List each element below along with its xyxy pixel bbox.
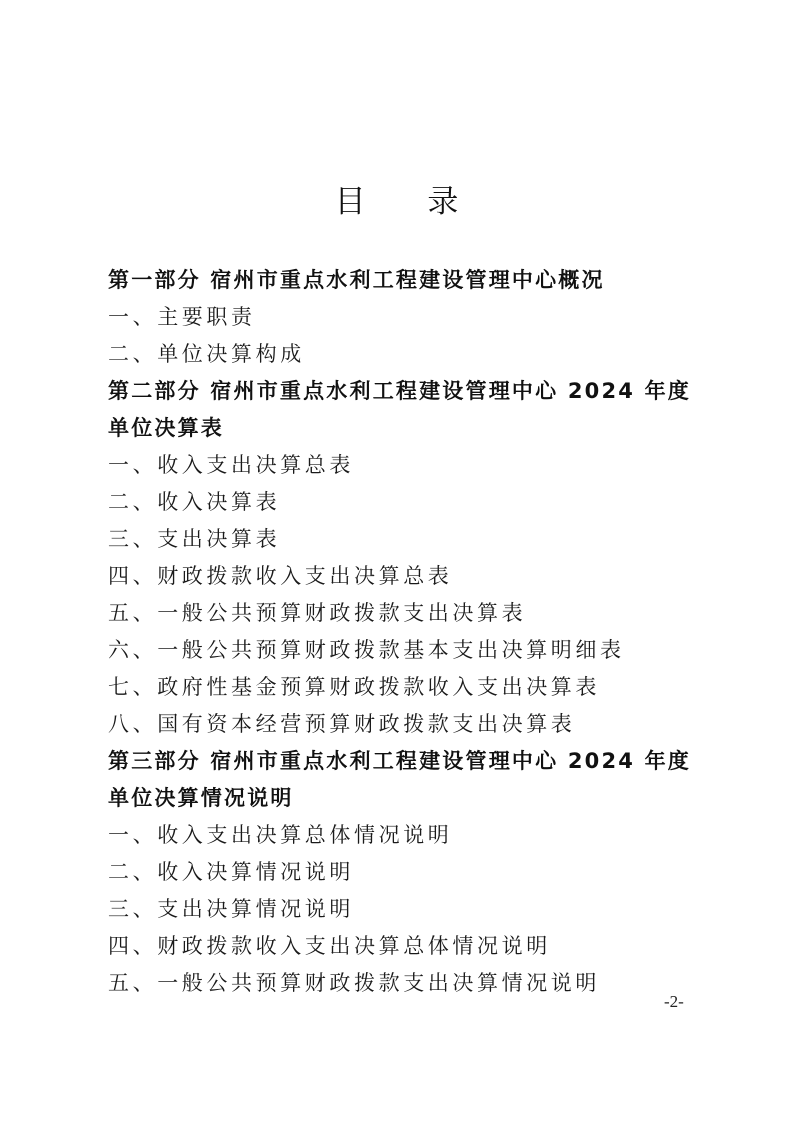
toc-part2-heading-line1[interactable]: 第二部分 宿州市重点水利工程建设管理中心 2024 年度 xyxy=(108,373,708,410)
toc-part1-item-2[interactable]: 二、单位决算构成 xyxy=(108,336,708,373)
toc-part2-item-4[interactable]: 四、财政拨款收入支出决算总表 xyxy=(108,558,708,595)
toc-part2-item-2[interactable]: 二、收入决算表 xyxy=(108,484,708,521)
toc-part3-item-1[interactable]: 一、收入支出决算总体情况说明 xyxy=(108,817,708,854)
toc-part1-item-1[interactable]: 一、主要职责 xyxy=(108,299,708,336)
toc-part2-item-8[interactable]: 八、国有资本经营预算财政拨款支出决算表 xyxy=(108,706,708,743)
page-number: -2- xyxy=(664,992,684,1012)
table-of-contents: 第一部分 宿州市重点水利工程建设管理中心概况 一、主要职责 二、单位决算构成 第… xyxy=(108,262,708,1002)
toc-part3-item-5[interactable]: 五、一般公共预算财政拨款支出决算情况说明 xyxy=(108,965,708,1002)
page-title: 目 录 xyxy=(0,180,793,224)
toc-part2-item-6[interactable]: 六、一般公共预算财政拨款基本支出决算明细表 xyxy=(108,632,708,669)
toc-part3-item-3[interactable]: 三、支出决算情况说明 xyxy=(108,891,708,928)
toc-part2-item-5[interactable]: 五、一般公共预算财政拨款支出决算表 xyxy=(108,595,708,632)
toc-part3-heading-line2[interactable]: 单位决算情况说明 xyxy=(108,780,708,817)
toc-part1-heading[interactable]: 第一部分 宿州市重点水利工程建设管理中心概况 xyxy=(108,262,708,299)
toc-part3-item-2[interactable]: 二、收入决算情况说明 xyxy=(108,854,708,891)
toc-part2-heading-line2[interactable]: 单位决算表 xyxy=(108,410,708,447)
toc-part3-item-4[interactable]: 四、财政拨款收入支出决算总体情况说明 xyxy=(108,928,708,965)
toc-part2-item-1[interactable]: 一、收入支出决算总表 xyxy=(108,447,708,484)
toc-part2-item-7[interactable]: 七、政府性基金预算财政拨款收入支出决算表 xyxy=(108,669,708,706)
toc-part3-heading-line1[interactable]: 第三部分 宿州市重点水利工程建设管理中心 2024 年度 xyxy=(108,743,708,780)
toc-part2-item-3[interactable]: 三、支出决算表 xyxy=(108,521,708,558)
